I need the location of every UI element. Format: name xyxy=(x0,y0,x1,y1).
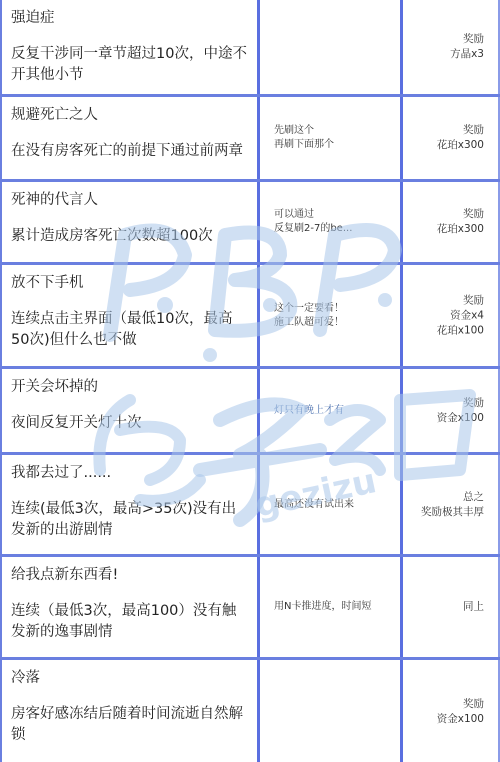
table-row: 我都去过了...... 连续(最低3次，最高>35次)没有出发新的出游剧情 最高… xyxy=(0,455,500,557)
achievement-cell: 规避死亡之人 在没有房客死亡的前提下通过前两章 xyxy=(0,97,260,179)
note-cell xyxy=(260,0,403,94)
reward-line: 奖励极其丰厚 xyxy=(421,505,484,520)
note-line: 用N卡推进度，时间短 xyxy=(274,600,394,614)
achievement-cell: 死神的代言人 累计造成房客死亡次数超100次 xyxy=(0,182,260,262)
table-row: 冷落 房客好感冻结后随着时间流逝自然解锁 奖励 资金x100 xyxy=(0,660,500,762)
reward-cell: 奖励 方晶x3 xyxy=(403,0,500,94)
achievement-cell: 放不下手机 连续点击主界面（最低10次，最高50次)但什么也不做 xyxy=(0,265,260,366)
achievement-description: 夜间反复开关灯十次 xyxy=(11,413,257,434)
note-cell: 先刷这个 再刷下面那个 xyxy=(260,97,403,179)
table-row: 规避死亡之人 在没有房客死亡的前提下通过前两章 先刷这个 再刷下面那个 奖励 花… xyxy=(0,97,500,182)
achievement-description: 房客好感冻结后随着时间流逝自然解锁 xyxy=(11,704,257,746)
note-line: 反复刷2-7的be... xyxy=(274,222,394,236)
achievement-cell: 冷落 房客好感冻结后随着时间流逝自然解锁 xyxy=(0,660,260,762)
reward-line: 总之 xyxy=(421,490,484,505)
achievement-cell: 强迫症 反复干涉同一章节超过10次，中途不开其他小节 xyxy=(0,0,260,94)
achievement-description: 连续点击主界面（最低10次，最高50次)但什么也不做 xyxy=(11,309,257,351)
reward-line: 奖励 xyxy=(437,207,484,222)
achievement-description: 连续（最低3次，最高100）没有触发新的逸事剧情 xyxy=(11,601,257,643)
achievement-cell: 我都去过了...... 连续(最低3次，最高>35次)没有出发新的出游剧情 xyxy=(0,455,260,554)
reward-cell: 奖励 资金x100 xyxy=(403,369,500,452)
note-line: 可以通过 xyxy=(274,208,394,222)
reward-text: 奖励 花珀x300 xyxy=(437,123,484,153)
achievement-cell: 给我点新东西看! 连续（最低3次，最高100）没有触发新的逸事剧情 xyxy=(0,557,260,657)
achievement-title: 死神的代言人 xyxy=(11,190,257,210)
note-cell: 用N卡推进度，时间短 xyxy=(260,557,403,657)
note-cell: 灯只有晚上才有 xyxy=(260,369,403,452)
note-text: 用N卡推进度，时间短 xyxy=(274,600,394,614)
note-line: 灯只有晚上才有 xyxy=(274,404,394,418)
note-text: 可以通过 反复刷2-7的be... xyxy=(274,208,394,236)
reward-line: 奖励 xyxy=(450,32,484,47)
achievement-title: 放不下手机 xyxy=(11,273,257,293)
note-cell xyxy=(260,660,403,762)
achievement-title: 规避死亡之人 xyxy=(11,105,257,125)
reward-cell: 奖励 资金x100 xyxy=(403,660,500,762)
reward-line: 资金x100 xyxy=(437,411,484,426)
note-text: 先刷这个 再刷下面那个 xyxy=(274,124,394,152)
table-row: 死神的代言人 累计造成房客死亡次数超100次 可以通过 反复刷2-7的be...… xyxy=(0,182,500,265)
table-row: 给我点新东西看! 连续（最低3次，最高100）没有触发新的逸事剧情 用N卡推进度… xyxy=(0,557,500,660)
achievement-title: 冷落 xyxy=(11,668,257,688)
reward-line: 奖励 xyxy=(437,396,484,411)
reward-line: 花珀x100 xyxy=(437,323,484,338)
reward-cell: 奖励 花珀x300 xyxy=(403,97,500,179)
note-line: 最高还没有试出来 xyxy=(274,498,394,512)
note-cell: 这个一定要看！ 施工队超可爱！ xyxy=(260,265,403,366)
achievement-description: 在没有房客死亡的前提下通过前两章 xyxy=(11,141,257,162)
note-cell: 可以通过 反复刷2-7的be... xyxy=(260,182,403,262)
reward-cell: 奖励 花珀x300 xyxy=(403,182,500,262)
achievement-description: 连续(最低3次，最高>35次)没有出发新的出游剧情 xyxy=(11,499,257,541)
reward-text: 奖励 资金x100 xyxy=(437,396,484,426)
reward-text: 同上 xyxy=(463,600,484,615)
achievement-title: 开关会坏掉的 xyxy=(11,377,257,397)
reward-line: 方晶x3 xyxy=(450,47,484,62)
table-row: 开关会坏掉的 夜间反复开关灯十次 灯只有晚上才有 奖励 资金x100 xyxy=(0,369,500,455)
reward-line: 花珀x300 xyxy=(437,222,484,237)
reward-text: 奖励 资金x100 xyxy=(437,697,484,727)
reward-line: 资金x4 xyxy=(437,308,484,323)
note-text: 最高还没有试出来 xyxy=(274,498,394,512)
achievement-table: 强迫症 反复干涉同一章节超过10次，中途不开其他小节 奖励 方晶x3 规避死亡之… xyxy=(0,0,500,762)
reward-line: 奖励 xyxy=(437,293,484,308)
reward-cell: 奖励 资金x4 花珀x100 xyxy=(403,265,500,366)
reward-line: 奖励 xyxy=(437,697,484,712)
reward-line: 花珀x300 xyxy=(437,138,484,153)
achievement-title: 给我点新东西看! xyxy=(11,565,257,585)
note-line: 这个一定要看！ xyxy=(274,302,394,316)
note-text: 灯只有晚上才有 xyxy=(274,404,394,418)
reward-text: 奖励 花珀x300 xyxy=(437,207,484,237)
achievement-description: 累计造成房客死亡次数超100次 xyxy=(11,226,257,247)
reward-line: 资金x100 xyxy=(437,712,484,727)
reward-cell: 总之 奖励极其丰厚 xyxy=(403,455,500,554)
note-line: 施工队超可爱！ xyxy=(274,316,394,330)
note-text: 这个一定要看！ 施工队超可爱！ xyxy=(274,302,394,330)
note-line: 再刷下面那个 xyxy=(274,138,394,152)
note-cell: 最高还没有试出来 xyxy=(260,455,403,554)
reward-text: 奖励 方晶x3 xyxy=(450,32,484,62)
note-line: 先刷这个 xyxy=(274,124,394,138)
reward-text: 奖励 资金x4 花珀x100 xyxy=(437,293,484,338)
achievement-cell: 开关会坏掉的 夜间反复开关灯十次 xyxy=(0,369,260,452)
reward-line: 同上 xyxy=(463,600,484,615)
reward-text: 总之 奖励极其丰厚 xyxy=(421,490,484,520)
reward-line: 奖励 xyxy=(437,123,484,138)
achievement-description: 反复干涉同一章节超过10次，中途不开其他小节 xyxy=(11,44,257,86)
table-row: 放不下手机 连续点击主界面（最低10次，最高50次)但什么也不做 这个一定要看！… xyxy=(0,265,500,369)
achievement-title: 我都去过了...... xyxy=(11,463,257,483)
achievement-title: 强迫症 xyxy=(11,8,257,28)
reward-cell: 同上 xyxy=(403,557,500,657)
table-row: 强迫症 反复干涉同一章节超过10次，中途不开其他小节 奖励 方晶x3 xyxy=(0,0,500,97)
